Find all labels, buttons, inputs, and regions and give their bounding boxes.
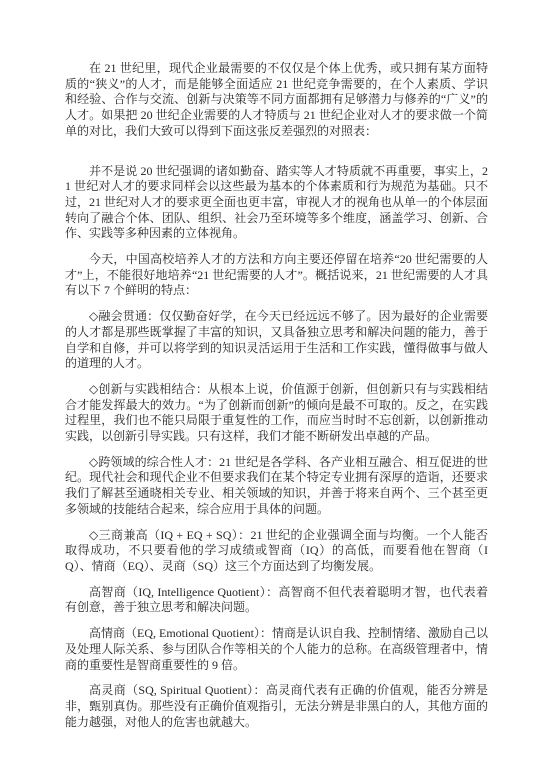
paragraph: 高智商（IQ, Intelligence Quotient）：高智商不但代表着聪…: [65, 585, 488, 616]
document-body: 在 21 世纪里，现代企业最需要的不仅仅是个体上优秀，或只拥有某方面特质的“狭义…: [65, 61, 488, 740]
paragraph: ◇跨领域的综合性人才：21 世纪是各学科、各产业相互融合、相互促进的世纪。现代社…: [65, 455, 488, 518]
paragraph: 在 21 世纪里，现代企业最需要的不仅仅是个体上优秀，或只拥有某方面特质的“狭义…: [65, 61, 488, 140]
document-page: 在 21 世纪里，现代企业最需要的不仅仅是个体上优秀，或只拥有某方面特质的“狭义…: [0, 0, 549, 778]
paragraph: 今天，中国高校培养人才的方法和方向主要还停留在培养“20 世纪需要的人才”上，不…: [65, 252, 488, 299]
paragraph: ◇三商兼高（IQ + EQ + SQ）：21 世纪的企业强调全面与均衡。一个人能…: [65, 528, 488, 575]
paragraph: 高灵商（SQ, Spiritual Quotient）：高灵商代表有正确的价值观…: [65, 683, 488, 730]
paragraph: ◇创新与实践相结合：从根本上说，价值源于创新，但创新只有与实践相结合才能发挥最大…: [65, 382, 488, 445]
paragraph: 并不是说 20 世纪强调的诸如勤奋、踏实等人才特质就不再重要，事实上，21 世纪…: [65, 164, 488, 243]
paragraph: 高情商（EQ, Emotional Quotient）：情商是认识自我、控制情绪…: [65, 626, 488, 673]
paragraph: ◇融会贯通：仅仅勤奋好学，在今天已经远远不够了。因为最好的企业需要的人才都是那些…: [65, 309, 488, 372]
